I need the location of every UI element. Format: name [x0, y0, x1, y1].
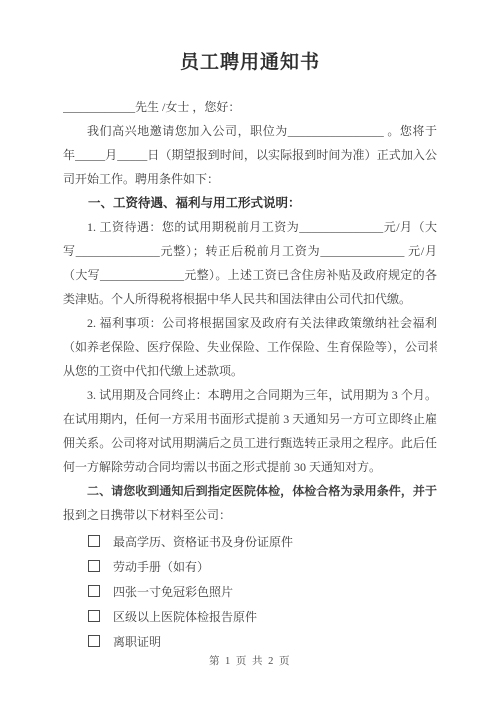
- checklist-item-photos: 四张一寸免冠彩色照片: [63, 580, 437, 605]
- checklist-item-diploma: 最高学历、资格证书及身份证原件: [63, 530, 437, 555]
- checkbox-icon[interactable]: [88, 535, 100, 547]
- welfare-line-2: （如养老保险、医疗保险、失业保险、工作保险、生育保险等），公司将: [63, 335, 437, 359]
- probation-line-3: 佣关系。公司将对试用期满后之员工进行甄选转正录用之程序。此后任: [63, 431, 437, 455]
- welfare-line-3: 从您的工资中代扣代缴上述款项。: [63, 359, 437, 383]
- intro-line-3: 司开始工作。聘用条件如下：: [63, 167, 437, 191]
- page-number-footer: 第 1 页 共 2 页: [0, 656, 500, 668]
- checklist-label: 最高学历、资格证书及身份证原件: [113, 535, 293, 549]
- checklist-label: 离职证明: [113, 635, 161, 649]
- document-title: 员工聘用通知书: [0, 47, 500, 74]
- salary-line-2: 写______________元整）；转正后税前月工资为____________…: [63, 239, 437, 263]
- welfare-line-1: 2. 福利事项：公司将根据国家及政府有关法律政策缴纳社会福利: [63, 311, 437, 335]
- checkbox-icon[interactable]: [88, 585, 100, 597]
- checkbox-icon[interactable]: [88, 635, 100, 647]
- probation-line-2: 在试用期内，任何一方采用书面形式提前 3 天通知另一方可立即终止雇: [63, 407, 437, 431]
- document-page: 员工聘用通知书 ____________先生 /女士 ，您好：我们高兴地邀请您加…: [0, 0, 500, 707]
- section-1-heading: 一、工资待遇、福利与用工形式说明：: [63, 191, 437, 215]
- checklist-item-resignation-proof: 离职证明: [63, 630, 437, 655]
- salutation-line: ____________先生 /女士 ，您好：: [63, 95, 437, 119]
- checkbox-icon[interactable]: [88, 560, 100, 572]
- checklist-label: 劳动手册（如有）: [113, 560, 209, 574]
- section-2-line-1: 二、请您收到通知后到指定医院体检，体检合格为录用条件，并于: [63, 479, 437, 503]
- intro-line-1: 我们高兴地邀请您加入公司，职位为________________ 。您将于: [63, 119, 437, 143]
- checklist-item-labor-handbook: 劳动手册（如有）: [63, 555, 437, 580]
- checklist-label: 四张一寸免冠彩色照片: [113, 585, 233, 599]
- checklist-item-medical-report: 区级以上医院体检报告原件: [63, 605, 437, 630]
- salary-line-4: 类津贴。个人所得税将根据中华人民共和国法律由公司代扣代缴。: [63, 287, 437, 311]
- probation-line-1: 3. 试用期及合同终止：本聘用之合同期为三年，试用期为 3 个月。: [63, 383, 437, 407]
- checkbox-icon[interactable]: [88, 610, 100, 622]
- salary-line-3: （大写______________元整）。上述工资已含住房补贴及政府规定的各: [63, 263, 437, 287]
- checklist-label: 区级以上医院体检报告原件: [113, 610, 257, 624]
- probation-line-4: 何一方解除劳动合同均需以书面之形式提前 30 天通知对方。: [63, 455, 437, 479]
- salary-line-1: 1. 工资待遇：您的试用期税前月工资为______________元/月（大: [63, 215, 437, 239]
- document-body: ____________先生 /女士 ，您好：我们高兴地邀请您加入公司，职位为_…: [63, 95, 437, 655]
- intro-line-2: 年_____月_____日（期望报到时间，以实际报到时间为准）正式加入公: [63, 143, 437, 167]
- section-2-line-2: 报到之日携带以下材料至公司：: [63, 503, 437, 527]
